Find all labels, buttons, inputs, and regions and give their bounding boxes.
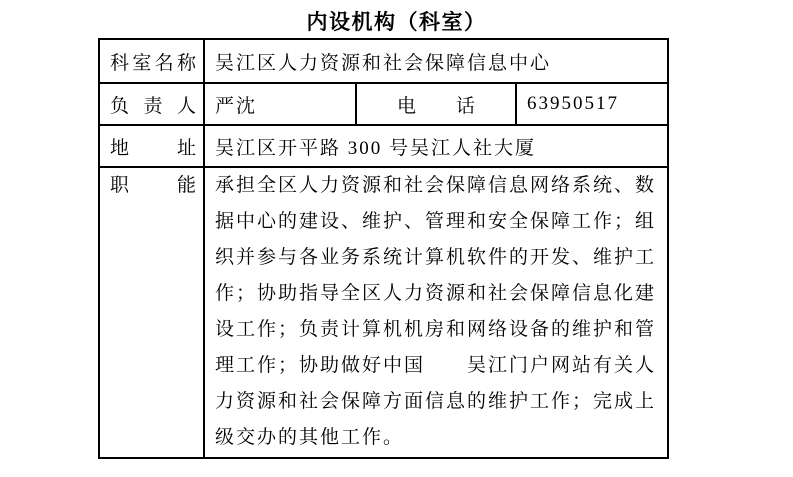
address-label: 地址 <box>110 133 196 160</box>
phone-label: 电话 <box>397 91 475 118</box>
department-name-label-cell: 科室名称 <box>99 39 204 83</box>
document-page: 内设机构（科室） 科室名称 吴江区人力资源和社会保障信息中心 负责人 严沈 电话… <box>0 7 793 459</box>
functions-value: 承担全区人力资源和社会保障信息网络系统、数 据中心的建设、维护、管理和安全保障工… <box>204 167 668 458</box>
address-value: 吴江区开平路 300 号吴江人社大厦 <box>204 125 668 167</box>
department-name-label: 科室名称 <box>110 48 196 75</box>
info-table: 科室名称 吴江区人力资源和社会保障信息中心 负责人 严沈 电话 63950517… <box>98 38 669 459</box>
person-in-charge-label: 负责人 <box>110 91 196 118</box>
table-row-address: 地址 吴江区开平路 300 号吴江人社大厦 <box>99 125 668 167</box>
person-in-charge-value: 严沈 <box>204 83 356 125</box>
person-label-cell: 负责人 <box>99 83 204 125</box>
functions-label-cell: 职能 <box>99 167 204 458</box>
table-row-department-name: 科室名称 吴江区人力资源和社会保障信息中心 <box>99 39 668 83</box>
department-name-value: 吴江区人力资源和社会保障信息中心 <box>204 39 668 83</box>
page-title: 内设机构（科室） <box>0 7 793 38</box>
functions-label: 职能 <box>110 168 196 204</box>
table-row-person-in-charge: 负责人 严沈 电话 63950517 <box>99 83 668 125</box>
phone-number-value: 63950517 <box>516 83 668 125</box>
address-label-cell: 地址 <box>99 125 204 167</box>
phone-label-cell: 电话 <box>356 83 516 125</box>
table-row-functions: 职能 承担全区人力资源和社会保障信息网络系统、数 据中心的建设、维护、管理和安全… <box>99 167 668 458</box>
